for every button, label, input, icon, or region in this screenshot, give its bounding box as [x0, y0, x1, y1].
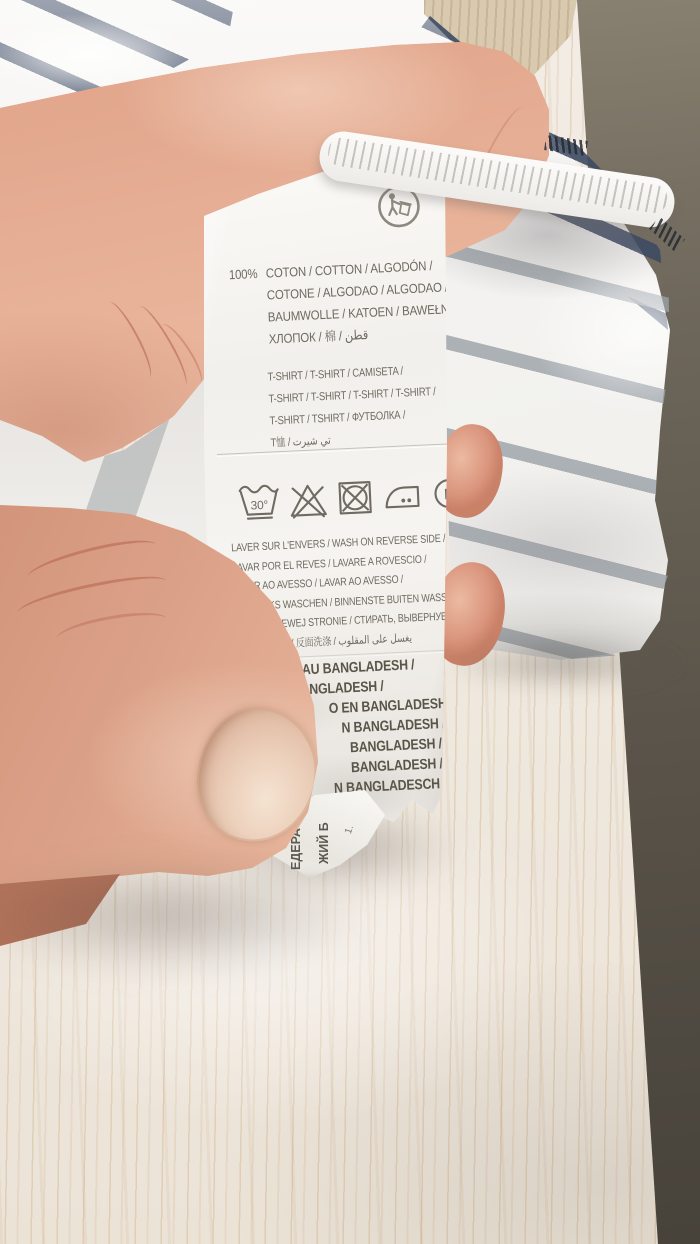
svg-text:30°: 30° — [250, 498, 269, 513]
do-not-tumble-dry-icon — [334, 477, 376, 519]
item-name-text: T-SHIRT / T-SHIRT / CAMISETA / T-SHIRT /… — [267, 359, 438, 454]
care-symbols-row: 30° P — [236, 469, 470, 523]
do-not-bleach-icon — [287, 479, 329, 521]
hand-shadow — [0, 856, 370, 976]
fabric-edge-shadow — [445, 636, 685, 692]
machine-wash-30-mild-icon: 30° — [236, 477, 282, 523]
composition-text: 100% COTON / COTTON / ALGODÓN / COTONE /… — [228, 254, 463, 352]
iron-medium-two-dots-icon — [381, 475, 423, 517]
photo-care-label-scene: 100% COTON / COTTON / ALGODÓN / COTONE /… — [0, 0, 700, 1244]
curl-text-fragment: 1. — [343, 824, 356, 835]
